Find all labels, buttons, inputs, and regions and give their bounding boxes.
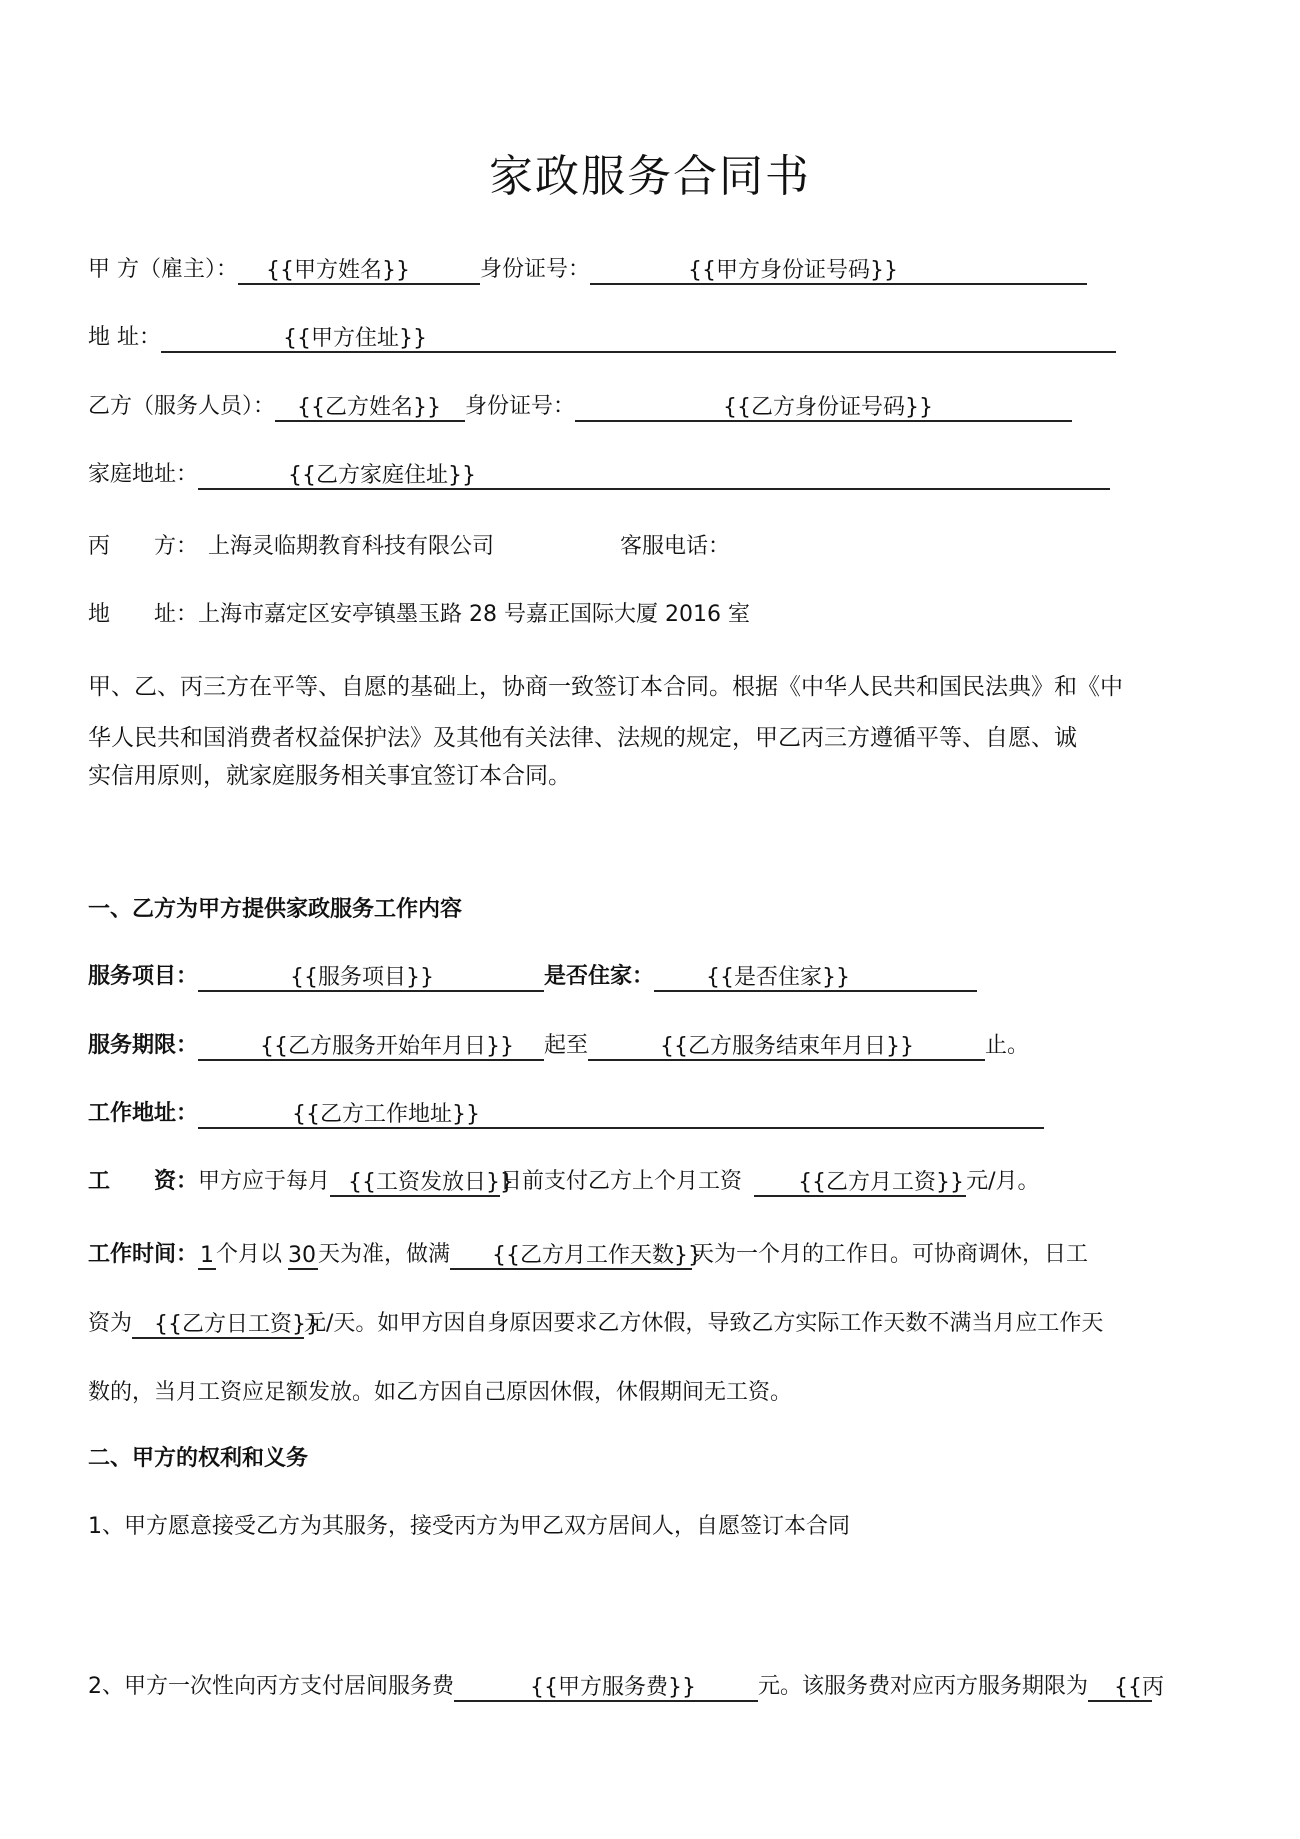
party-c-term-field[interactable]: {{丙	[1088, 1674, 1152, 1702]
preamble-line-2: 华人民共和国消费者权益保护法》及其他有关法律、法规的规定，甲乙丙三方遵循平等、自…	[88, 719, 1077, 752]
work-address-label: 工作地址：	[88, 1099, 198, 1129]
service-end-date-field[interactable]: {{乙方服务结束年月日}}	[588, 1033, 985, 1061]
salary-label-2: 资：	[154, 1167, 198, 1197]
service-item-label: 服务项目：	[88, 962, 198, 992]
item-2-text-1: 2、甲方一次性向丙方支付居间服务费	[88, 1672, 454, 1702]
customer-service-phone-label: 客服电话：	[620, 532, 730, 562]
party-a-address-label: 地 址：	[88, 323, 161, 353]
daily-wage-text: 元/天。如甲方因自身原因要求乙方休假，导致乙方实际工作天数不满当月应工作天	[304, 1309, 1103, 1339]
party-a-row: 甲 方（雇主）： {{甲方姓名}} 身份证号： {{甲方身份证号码}}	[88, 255, 1087, 285]
daily-wage-field[interactable]: {{乙方日工资}}	[132, 1311, 304, 1339]
party-b-row: 乙方（服务人员）： {{乙方姓名}} 身份证号： {{乙方身份证号码}}	[88, 392, 1072, 422]
party-a-id-label: 身份证号：	[480, 255, 590, 285]
party-c-address-label-2: 址：	[154, 600, 198, 630]
salary-day-field[interactable]: {{工资发放日}}	[330, 1169, 500, 1197]
party-c-label-1: 丙	[88, 532, 110, 562]
term-end-suffix: 止。	[985, 1031, 1029, 1061]
party-b-id-label: 身份证号：	[465, 392, 575, 422]
service-item-row: 服务项目： {{服务项目}} 是否住家： {{是否住家}}	[88, 962, 977, 992]
salary-label-1: 工	[88, 1167, 110, 1197]
section-2-item-2: 2、甲方一次性向丙方支付居间服务费 {{甲方服务费}} 元。该服务费对应丙方服务…	[88, 1672, 1152, 1702]
work-time-row: 工作时间： 1 个月以 30 天为准，做满 {{乙方月工作天数}} 天为一个月的…	[88, 1240, 1088, 1270]
party-b-id-field[interactable]: {{乙方身份证号码}}	[575, 394, 1072, 422]
work-address-field[interactable]: {{乙方工作地址}}	[198, 1101, 1044, 1129]
party-a-address-row: 地 址： {{甲方住址}}	[88, 323, 1116, 353]
daily-wage-row: 资为 {{乙方日工资}} 元/天。如甲方因自身原因要求乙方休假，导致乙方实际工作…	[88, 1309, 1103, 1339]
party-b-name-field[interactable]: {{乙方姓名}}	[275, 394, 465, 422]
party-c-address-row: 地 址： 上海市嘉定区安亭镇墨玉路 28 号嘉正国际大厦 2016 室	[88, 600, 750, 630]
salary-text-2: 日前支付乙方上个月工资	[500, 1167, 742, 1197]
preamble-line-1: 甲、乙、丙三方在平等、自愿的基础上，协商一致签订本合同。根据《中华人民共和国民法…	[88, 668, 1123, 701]
document-title: 家政服务合同书	[0, 140, 1300, 204]
salary-text-1: 甲方应于每月	[198, 1167, 330, 1197]
section-2-heading: 二、甲方的权利和义务	[88, 1444, 308, 1474]
salary-unit: 元/月。	[966, 1167, 1039, 1197]
work-time-label: 工作时间：	[88, 1240, 198, 1270]
daily-wage-text-2: 数的，当月工资应足额发放。如乙方因自己原因休假，休假期间无工资。	[88, 1378, 792, 1408]
party-a-id-field[interactable]: {{甲方身份证号码}}	[590, 257, 1087, 285]
preamble-line-3: 实信用原则，就家庭服务相关事宜签订本合同。	[88, 757, 571, 790]
section-2-item-1: 1、甲方愿意接受乙方为其服务，接受丙方为甲乙双方居间人，自愿签订本合同	[88, 1512, 850, 1542]
section-1-heading: 一、乙方为甲方提供家政服务工作内容	[88, 895, 462, 925]
monthly-work-days-field[interactable]: {{乙方月工作天数}}	[450, 1242, 692, 1270]
live-in-field[interactable]: {{是否住家}}	[654, 964, 977, 992]
party-b-address-label: 家庭地址：	[88, 460, 198, 490]
party-b-address-row: 家庭地址： {{乙方家庭住址}}	[88, 460, 1110, 490]
work-time-text-3: 天为一个月的工作日。可协商调休，日工	[692, 1240, 1088, 1270]
party-b-label: 乙方（服务人员）：	[88, 392, 275, 422]
party-b-address-field[interactable]: {{乙方家庭住址}}	[198, 462, 1110, 490]
party-c-address: 上海市嘉定区安亭镇墨玉路 28 号嘉正国际大厦 2016 室	[198, 600, 750, 630]
party-c-address-label-1: 地	[88, 600, 110, 630]
work-address-row: 工作地址： {{乙方工作地址}}	[88, 1099, 1044, 1129]
party-c-row: 丙 方： 上海灵临期教育科技有限公司 客服电话：	[88, 532, 730, 562]
service-item-field[interactable]: {{服务项目}}	[198, 964, 544, 992]
party-c-name: 上海灵临期教育科技有限公司	[208, 532, 494, 562]
monthly-salary-field[interactable]: {{乙方月工资}}	[754, 1169, 966, 1197]
daily-wage-row-2: 数的，当月工资应足额发放。如乙方因自己原因休假，休假期间无工资。	[88, 1378, 792, 1408]
item-2-text-2: 元。该服务费对应丙方服务期限为	[758, 1672, 1088, 1702]
daily-wage-prefix: 资为	[88, 1309, 132, 1339]
service-term-row: 服务期限： {{乙方服务开始年月日}} 起至 {{乙方服务结束年月日}} 止。	[88, 1031, 1029, 1061]
work-time-text-2: 天为准，做满	[318, 1240, 450, 1270]
salary-row: 工 资： 甲方应于每月 {{工资发放日}} 日前支付乙方上个月工资 {{乙方月工…	[88, 1167, 1039, 1197]
live-in-label: 是否住家：	[544, 962, 654, 992]
service-term-label: 服务期限：	[88, 1031, 198, 1061]
contract-page: 家政服务合同书 甲 方（雇主）： {{甲方姓名}} 身份证号： {{甲方身份证号…	[0, 0, 1300, 1839]
party-a-address-field[interactable]: {{甲方住址}}	[161, 325, 1116, 353]
term-from-text: 起至	[544, 1031, 588, 1061]
work-time-month-field[interactable]: 1	[198, 1242, 216, 1270]
party-a-name-field[interactable]: {{甲方姓名}}	[238, 257, 480, 285]
work-time-text-1: 个月以	[216, 1240, 282, 1270]
work-time-days-field[interactable]: 30	[288, 1242, 318, 1270]
service-start-date-field[interactable]: {{乙方服务开始年月日}}	[198, 1033, 544, 1061]
service-fee-field[interactable]: {{甲方服务费}}	[454, 1674, 758, 1702]
party-c-label-2: 方：	[154, 532, 198, 562]
party-a-label: 甲 方（雇主）：	[88, 255, 238, 285]
